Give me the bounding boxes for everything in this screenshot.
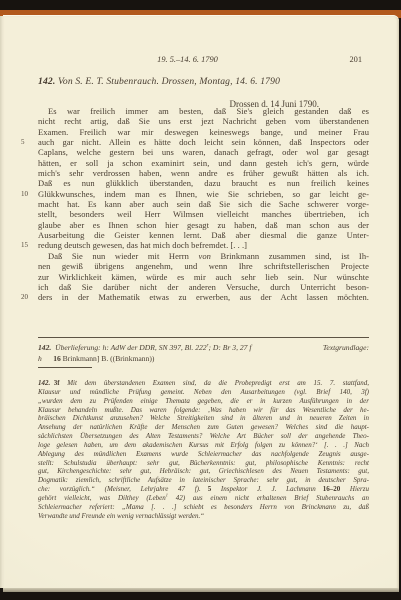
letter-body-line: 15redung deutsch gewesen, das hat mich d…: [38, 240, 369, 250]
letter-body-line: zur Wirklichkeit kämen, würde es mir auc…: [38, 272, 369, 282]
text-segment: bräischen Dichtkunst anzusehen? Welche S…: [38, 414, 369, 422]
text-segment: Dogmatik: ziemlich, schriftliche Aufsätz…: [38, 476, 369, 484]
letter-body-line: macht hat. Es kann aber auch sein daß Si…: [38, 199, 369, 209]
commentary-line: stellt: Schulstudia überhaupt: sehr gut,…: [38, 459, 369, 468]
text-segment: „wurden dem zu Prüfenden einige Themata …: [38, 397, 369, 405]
commentary-line: sächlichsten Übersetzungen des Alten Tes…: [38, 432, 369, 441]
text-segment: Es war freilich immer am besten, daß Sie…: [48, 106, 369, 116]
text-segment: Caplans, welche gestern bei uns waren, d…: [38, 147, 369, 157]
text-segment: ; D: Br 3, 27 f: [208, 343, 251, 352]
text-segment: [316, 485, 323, 493]
text-segment: Verwandte und Freunde ein wenig vernachl…: [38, 512, 204, 520]
commentary-line: Klausur und mündliche Prüfung gemeint. N…: [38, 388, 369, 397]
text-segment: 142.: [38, 379, 50, 387]
letter-body-line: Daß Sie nun wieder mit Herrn von Brinkma…: [38, 251, 369, 261]
commentary-line: 142. 3f Mit dem überstandenen Examen sin…: [38, 379, 369, 388]
letter-body-line: Daß es nun glükklich überstanden, dazu b…: [38, 178, 369, 188]
letter-heading: 142. Von S. E. T. Stubenrauch. Drossen, …: [38, 76, 369, 87]
running-header-date-range: 19. 5.–14. 6. 1790: [22, 55, 353, 64]
line-right-aligned-text: Textgrundlage:: [323, 342, 369, 353]
apparatus-line: 142. Überlieferung: h: AdW der DDR, SN 3…: [38, 342, 369, 353]
text-segment: Ausarbeitung die Geister kennen lernt. D…: [38, 230, 369, 240]
text-segment: 16: [53, 354, 61, 363]
text-segment: ders in der Mathematik etwas zu erwerben…: [38, 292, 369, 302]
letter-heading-line: 142. Von S. E. T. Stubenrauch. Drossen, …: [38, 76, 369, 87]
commentary-line: Schleiermacher referiert: „Mama [. . .] …: [38, 503, 369, 512]
text-segment: Daß Sie nun wieder mit Herrn: [48, 251, 199, 261]
letter-body-line: Examen. Freilich war mir deswegen keines…: [38, 127, 369, 137]
text-segment: stellt: Schulstudia überhaupt: sehr gut,…: [38, 459, 369, 467]
page: 201 19. 5.–14. 6. 1790 142. Von S. E. T.…: [3, 15, 399, 590]
text-segment: Inspektor J. J. Lachmann: [211, 485, 316, 493]
text-segment: Ablegung des mündlichen Examens wurde Sc…: [38, 450, 369, 458]
letter-body-line: nicht recht artig, daß Sie uns erst jezt…: [38, 116, 369, 126]
text-segment: Von S. E. T. Stubenrauch. Drossen, Monta…: [55, 76, 280, 87]
commentary-line: Verwandte und Freunde ein wenig vernachl…: [38, 512, 369, 521]
commentary-line: Dogmatik: ziemlich, schriftliche Aufsätz…: [38, 476, 369, 485]
commentary-line: gut, Kirchengeschichte: sehr gut, Hebräi…: [38, 467, 369, 476]
letter-body: Es war freilich immer am besten, daß Sie…: [38, 106, 369, 303]
text-segment: sächlichsten Übersetzungen des Alten Tes…: [38, 432, 369, 440]
letter-body-line: 20ders in der Mathematik etwas zu erwerb…: [38, 292, 369, 302]
letter-body-line: 5auch gar nicht. Allein es hätte doch le…: [38, 137, 369, 147]
text-segment: Glükkwunsches, indem man es Ihnen, wie S…: [38, 189, 369, 199]
commentary-line: che: vorzüglich.“ (Meisner, Lehrjahre 47…: [38, 485, 369, 494]
text-segment: Ansehung der natürlichen Kräfte der Mens…: [38, 423, 369, 431]
text-segment: hätten, er soll ja schon examinirt sein,…: [38, 158, 369, 168]
text-segment: zur Wirklichkeit kämen, würde es mir auc…: [38, 272, 369, 282]
letter-body-line: Es war freilich immer am besten, daß Sie…: [38, 106, 369, 116]
apparatus-divider-rule: [38, 337, 369, 338]
commentary-line: „wurden dem zu Prüfenden einige Themata …: [38, 397, 369, 406]
text-segment: Brinkmann] B. ((Brinkmann)): [61, 354, 155, 363]
text-segment: Examen. Freilich war mir deswegen keines…: [38, 127, 369, 137]
text-segment: stellt, besonders weil Herr Wilmsen viel…: [38, 209, 369, 219]
apparatus-line: h 16 Brinkmann] B. ((Brinkmann)): [38, 353, 369, 364]
margin-line-number: 10: [21, 189, 34, 199]
text-segment: gehört vielleicht, was Dilthey (Leben: [38, 494, 166, 502]
letter-body-line: stellt, besonders weil Herr Wilmsen viel…: [38, 209, 369, 219]
letter-body-line: nen gewiß übrigens angenehm, und wenn Ih…: [38, 261, 369, 271]
text-segment: Hierzu: [340, 485, 369, 493]
text-segment: Klausur und mündliche Prüfung gemeint. N…: [38, 388, 369, 396]
text-segment: nen gewiß übrigens angenehm, und wenn Ih…: [38, 261, 369, 271]
letter-body-line: hätten, er soll ja schon examinirt sein,…: [38, 158, 369, 168]
commentary-line: gehört vielleicht, was Dilthey (Leben1 4…: [38, 494, 369, 503]
running-header: 201 19. 5.–14. 6. 1790: [38, 55, 369, 67]
footnote-divider-rule: [38, 367, 92, 368]
text-segment: 42) aus einem nicht erhaltenen Brief Stu…: [168, 494, 369, 502]
letter-body-line: Ausarbeitung die Geister kennen lernt. D…: [38, 230, 369, 240]
letter-body-line: glaube aber es Ihnen schon hier gesagt z…: [38, 220, 369, 230]
letter-body-line: mich's sehr verdrossen haben, wenn andre…: [38, 168, 369, 178]
text-segment: [42, 354, 53, 363]
text-segment: gut, Kirchengeschichte: sehr gut, Hebräi…: [38, 467, 369, 475]
text-segment: Mit dem überstandenen Examen sind, da di…: [60, 379, 369, 387]
text-segment: Brinkmann zusammen sind, ist Ih-: [211, 251, 369, 261]
text-segment: mich's sehr verdrossen haben, wenn andre…: [38, 168, 369, 178]
text-segment: Überlieferung: h: AdW der DDR, SN 397, B…: [55, 343, 207, 352]
commentary-line: loge gelesen haben, um dem akademischen …: [38, 441, 369, 450]
text-segment: Klausur behandeln mußte. Das waren folge…: [38, 406, 369, 414]
text-segment: 142.: [38, 76, 55, 87]
commentary-line: Ablegung des mündlichen Examens wurde Sc…: [38, 450, 369, 459]
text-segment: nicht recht artig, daß Sie uns erst jezt…: [38, 116, 369, 126]
text-segment: che: vorzüglich.“ (Meisner, Lehrjahre 47…: [38, 485, 201, 493]
text-segment: Schleiermacher referiert: „Mama [. . .] …: [38, 503, 369, 511]
text-segment: glaube aber es Ihnen schon hier gesagt z…: [38, 220, 369, 230]
margin-line-number: 20: [21, 292, 34, 302]
apparatus-block: 142. Überlieferung: h: AdW der DDR, SN 3…: [38, 342, 369, 364]
letter-body-line: 10Glükkwunsches, indem man es Ihnen, wie…: [38, 189, 369, 199]
text-segment: redung deutsch gewesen, das hat mich doc…: [38, 240, 247, 250]
margin-line-number: 5: [21, 137, 34, 147]
commentary-line: Klausur behandeln mußte. Das waren folge…: [38, 406, 369, 415]
text-segment: Textgrundlage:: [323, 343, 369, 352]
book-page-photo: 201 19. 5.–14. 6. 1790 142. Von S. E. T.…: [0, 0, 401, 600]
text-segment: von: [199, 251, 211, 261]
text-segment: Daß es nun glükklich überstanden, dazu b…: [38, 178, 369, 188]
letter-body-line: Caplans, welche gestern bei uns waren, d…: [38, 147, 369, 157]
text-segment: 142.: [38, 343, 51, 352]
commentary-block: 142. 3f Mit dem überstandenen Examen sin…: [38, 379, 369, 521]
text-segment: ich daß Sie darüber nicht der anderen Ve…: [38, 282, 369, 292]
text-segment: 16–20: [323, 485, 341, 493]
text-segment: loge gelesen haben, um dem akademischen …: [38, 441, 369, 449]
page-bottom-edge: [3, 588, 399, 592]
commentary-line: Ansehung der natürlichen Kräfte der Mens…: [38, 423, 369, 432]
text-segment: auch gar nicht. Allein es hätte doch lei…: [38, 137, 369, 147]
text-segment: macht hat. Es kann aber auch sein daß Si…: [38, 199, 369, 209]
margin-line-number: 15: [21, 240, 34, 250]
commentary-line: bräischen Dichtkunst anzusehen? Welche S…: [38, 414, 369, 423]
text-segment: [201, 485, 208, 493]
letter-body-line: ich daß Sie darüber nicht der anderen Ve…: [38, 282, 369, 292]
